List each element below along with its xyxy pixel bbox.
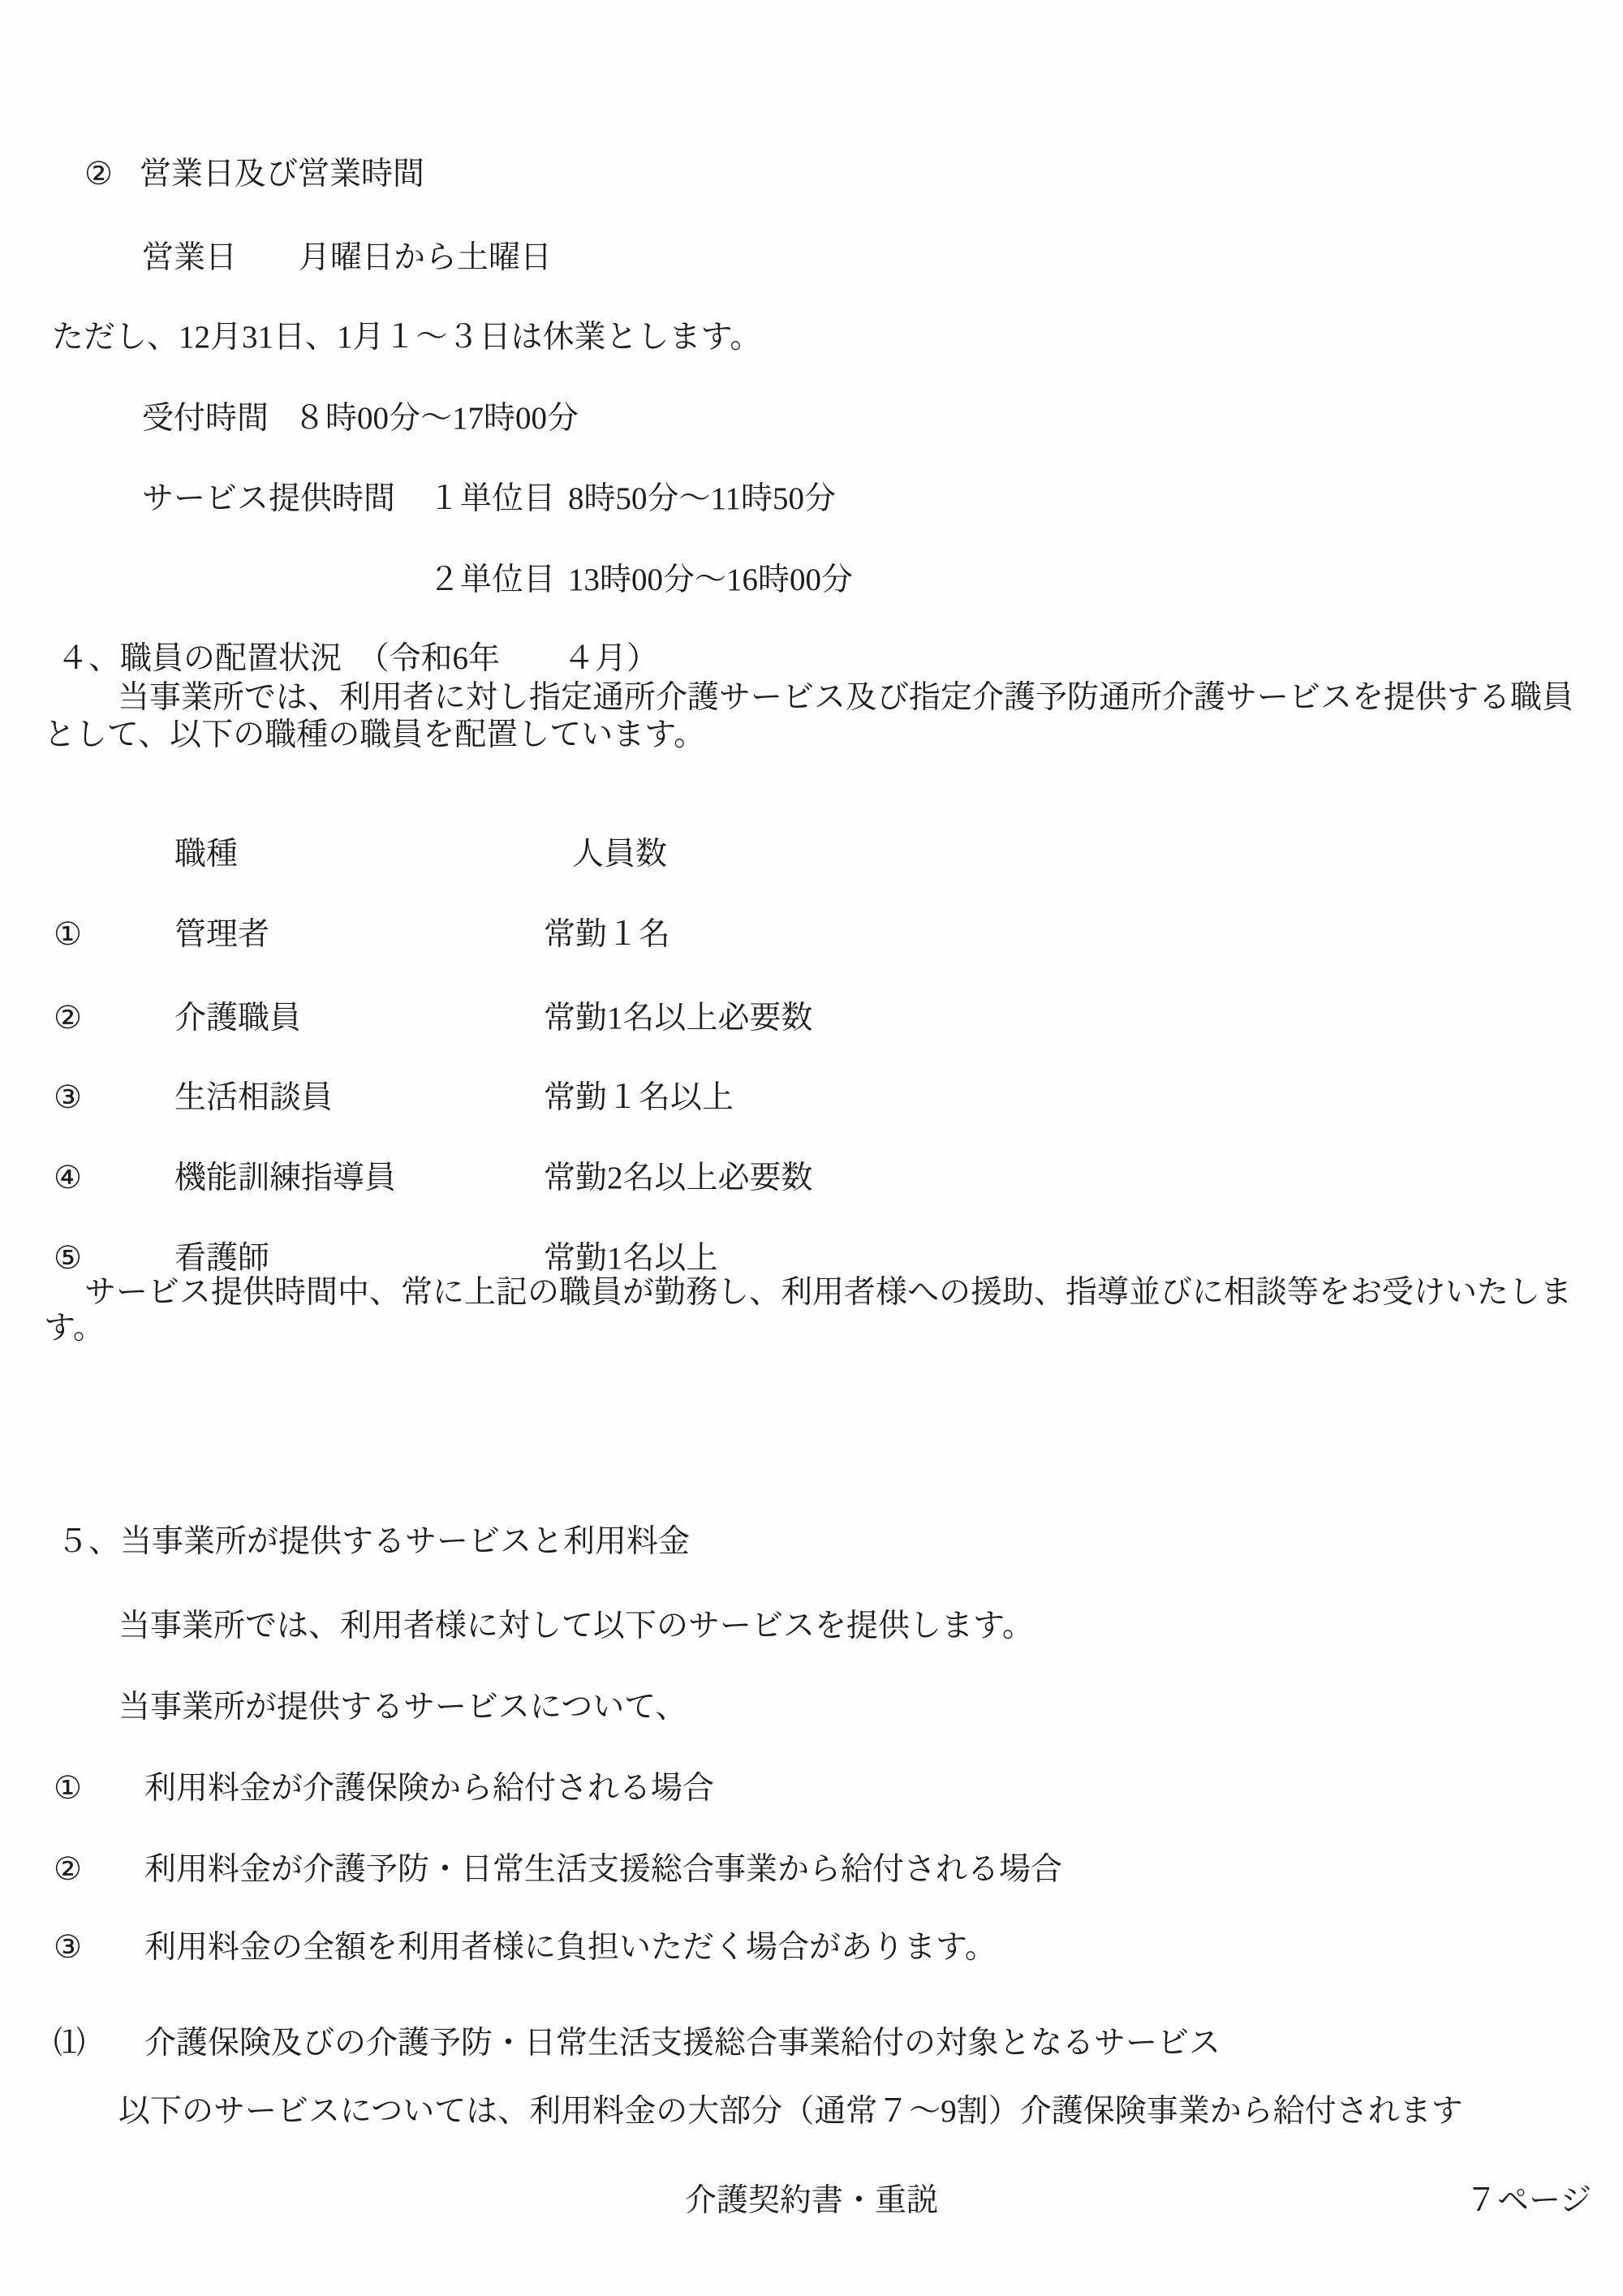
row-role: 管理者 <box>174 916 269 954</box>
row-number: ③ <box>54 1079 82 1117</box>
business-days-value: 月曜日から土曜日 <box>299 239 552 277</box>
row-number: ⑤ <box>54 1240 82 1277</box>
row-number: ④ <box>54 1160 82 1197</box>
staffing-intro-line1: 当事業所では、利用者に対し指定通所介護サービス及び指定介護予防通所介護サービスを… <box>118 679 1573 717</box>
business-days-label: 営業日 <box>142 239 237 277</box>
business-hours-section-number: ② <box>84 156 113 193</box>
services-intro1: 当事業所では、利用者様に対して以下のサービスを提供します。 <box>118 1608 1034 1645</box>
staffing-section-heading: ４、職員の配置状況 （令和6年 ４月） <box>57 640 658 678</box>
document-page: ② 営業日及び営業時間 営業日 月曜日から土曜日 ただし、12月31日、1月１〜… <box>0 0 1623 2296</box>
row-role: 看護師 <box>174 1240 269 1277</box>
reception-hours: ８時00分〜17時00分 <box>294 400 579 437</box>
staffing-note-line2: す。 <box>44 1310 105 1347</box>
case-number: ② <box>54 1851 82 1889</box>
service-time-label: サービス提供時間 <box>142 480 395 518</box>
unit1-hours: 8時50分〜11時50分 <box>568 480 836 518</box>
row-count: 常勤1名以上必要数 <box>544 1000 813 1037</box>
row-role: 機能訓練指導員 <box>174 1160 396 1197</box>
unit2-hours: 13時00分〜16時00分 <box>568 562 853 599</box>
row-count: 常勤2名以上必要数 <box>544 1160 813 1197</box>
subsection-body: 以下のサービスについては、利用料金の大部分（通常７〜9割）介護保険事業から給付さ… <box>118 2093 1463 2130</box>
reception-label: 受付時間 <box>142 400 269 437</box>
unit2-label: ２単位目 <box>428 562 555 599</box>
unit1-label: １単位目 <box>428 480 555 518</box>
staffing-note-line1: サービス提供時間中、常に上記の職員が勤務し、利用者様への援助、指導並びに相談等を… <box>84 1274 1572 1312</box>
case-number: ① <box>54 1770 82 1807</box>
case-text: 利用料金が介護予防・日常生活支援総合事業から給付される場合 <box>144 1851 1062 1889</box>
row-number: ① <box>54 916 82 954</box>
business-hours-section-title: 営業日及び営業時間 <box>140 156 424 193</box>
table-header-role: 職種 <box>174 836 238 873</box>
services-intro2: 当事業所が提供するサービスについて、 <box>118 1689 687 1726</box>
row-role: 介護職員 <box>174 1000 301 1037</box>
footer-page-number: ７ページ <box>1466 2182 1591 2220</box>
subsection-title: 介護保険及びの介護予防・日常生活支援総合事業給付の対象となるサービス <box>144 2025 1220 2062</box>
footer-doc-title: 介護契約書・重説 <box>0 2182 1623 2220</box>
row-count: 常勤1名以上 <box>544 1240 718 1277</box>
subsection-number: ⑴ <box>54 2025 85 2062</box>
staffing-intro-line2: として、以下の職種の職員を配置しています。 <box>44 717 705 754</box>
case-number: ③ <box>54 1929 82 1966</box>
case-text: 利用料金が介護保険から給付される場合 <box>144 1770 714 1807</box>
table-header-count: 人員数 <box>572 836 667 873</box>
case-text: 利用料金の全額を利用者様に負担いただく場合があります。 <box>144 1929 997 1966</box>
row-count: 常勤１名以上 <box>544 1079 734 1117</box>
row-number: ② <box>54 1000 82 1037</box>
services-section-heading: ５、当事業所が提供するサービスと利用料金 <box>57 1523 690 1561</box>
holiday-note: ただし、12月31日、1月１〜３日は休業とします。 <box>52 319 761 356</box>
row-count: 常勤１名 <box>544 916 670 954</box>
row-role: 生活相談員 <box>174 1079 333 1117</box>
